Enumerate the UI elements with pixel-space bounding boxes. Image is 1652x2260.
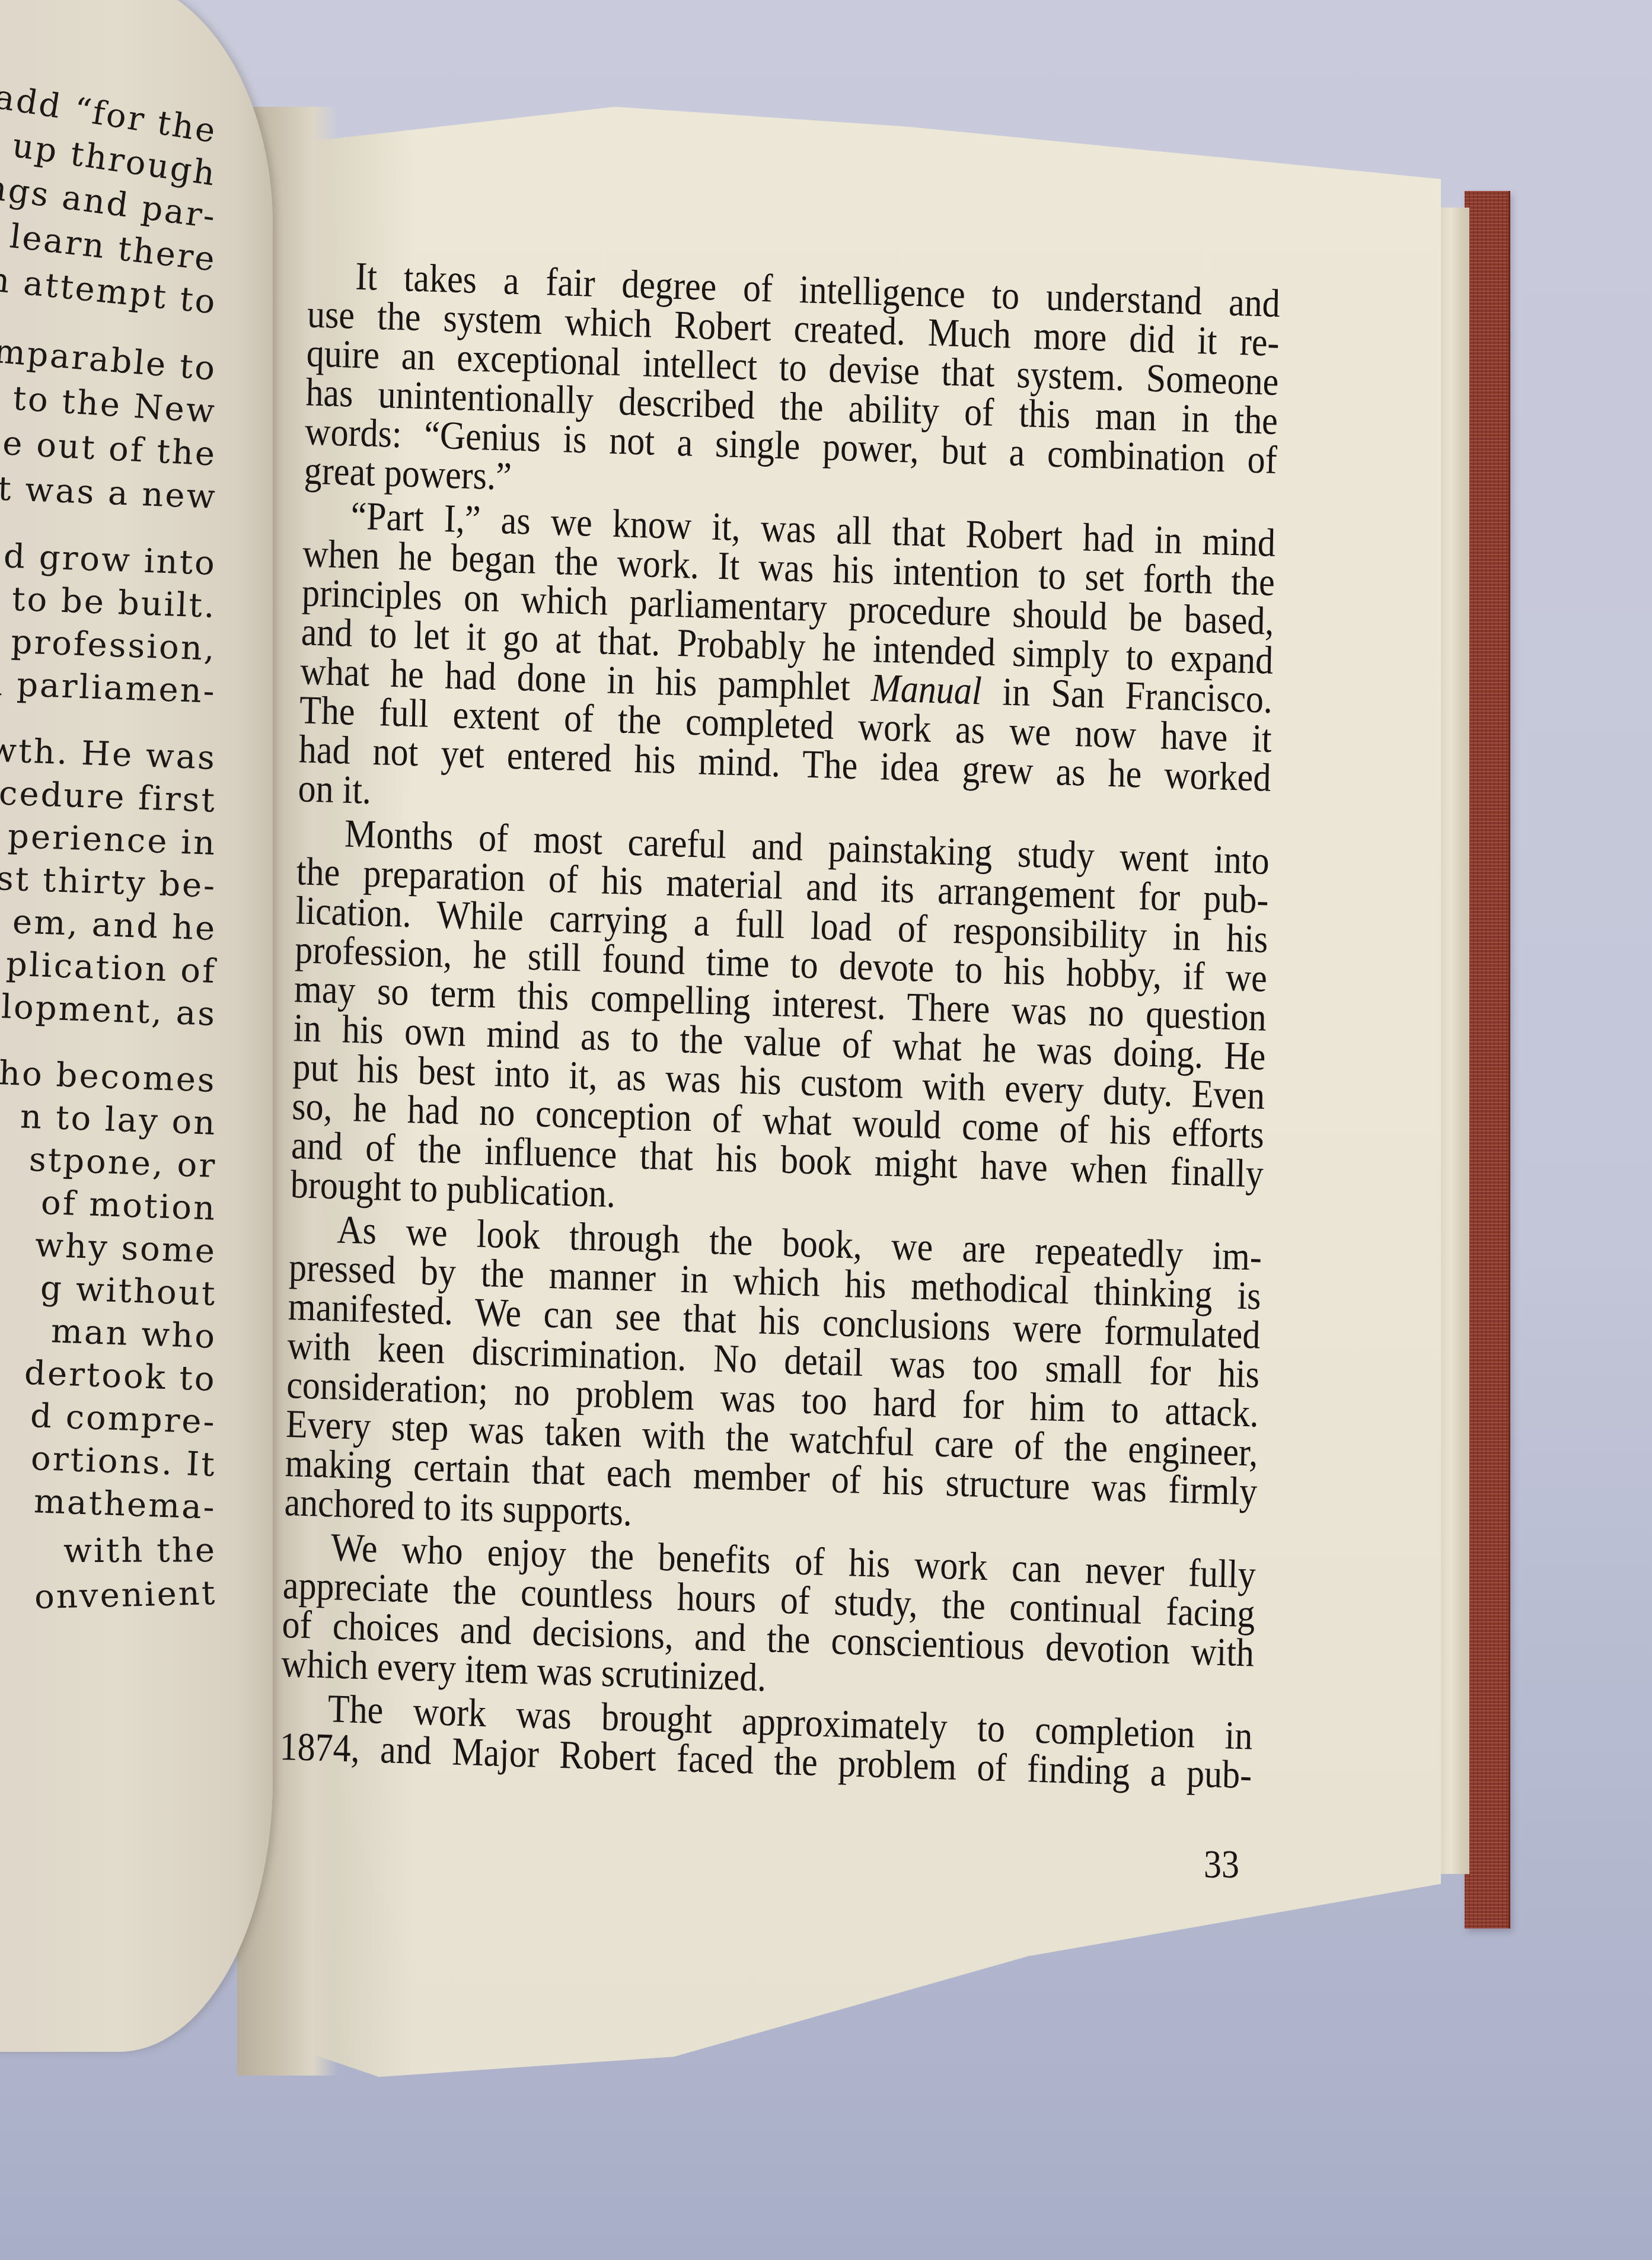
left-page-line-fragment: omparable to [0, 330, 218, 388]
left-page-line-fragment: e to be built. [0, 579, 217, 626]
paragraph: As we look through the book, we are repe… [284, 1209, 1262, 1551]
paragraph: It takes a fair degree of intelligence t… [304, 255, 1280, 519]
left-page-line-fragment: mathema- [33, 1482, 217, 1527]
page-number: 33 [1204, 1842, 1239, 1888]
paragraph: “Part I,” as we know it, was all that Ro… [298, 495, 1276, 837]
left-page-line-fragment: man who [50, 1312, 217, 1356]
book-back-cover [1465, 191, 1510, 1929]
left-page-line-fragment: d grow into [3, 537, 217, 582]
right-page-body: It takes a fair degree of intelligence t… [279, 255, 1280, 1799]
paragraph: We who enjoy the benefits of his work ca… [281, 1526, 1256, 1712]
left-page-line-fragment: perience in [7, 817, 217, 863]
left-page-line-fragment: with the [63, 1531, 216, 1570]
left-page-line-fragment: t was a new [0, 470, 217, 517]
left-page-line-fragment: st thirty be- [0, 859, 217, 906]
left-page-line-fragment: lopment, as [1, 987, 217, 1034]
left-page-line-fragment: of motion [40, 1184, 217, 1228]
left-page-line-fragment: cedure first [0, 774, 217, 820]
left-page-line-fragment: wth. He was [0, 731, 217, 777]
page-block-edge [1438, 208, 1469, 1874]
left-page-line-fragment: s profession, [0, 621, 217, 668]
left-page-line-fragment: a parliamen- [0, 664, 217, 711]
left-page-text: add “for thewn up throughtings and par-n… [0, 0, 273, 2052]
left-page-line-fragment: ne out of the [0, 423, 218, 474]
left-page-line-fragment: dertook to [24, 1354, 217, 1399]
left-page-line-fragment: n to lay on [20, 1097, 217, 1143]
left-page-line-fragment: em, and he [12, 903, 217, 948]
left-page-line-fragment: ortions. It [30, 1439, 217, 1484]
left-page-line-fragment: stpone, or [28, 1140, 217, 1185]
left-page-line-fragment: why some [34, 1226, 217, 1271]
paragraph: Months of most careful and painstaking s… [290, 812, 1270, 1233]
left-page: add “for thewn up throughtings and par-n… [0, 0, 273, 2052]
left-page-line-fragment: g without [40, 1269, 217, 1314]
left-page-line-fragment: ho becomes [0, 1054, 217, 1100]
left-page-line-fragment: onvenient [34, 1574, 217, 1617]
left-page-line-fragment: plication of [5, 945, 217, 991]
left-page-line-fragment: d compre- [30, 1397, 218, 1442]
